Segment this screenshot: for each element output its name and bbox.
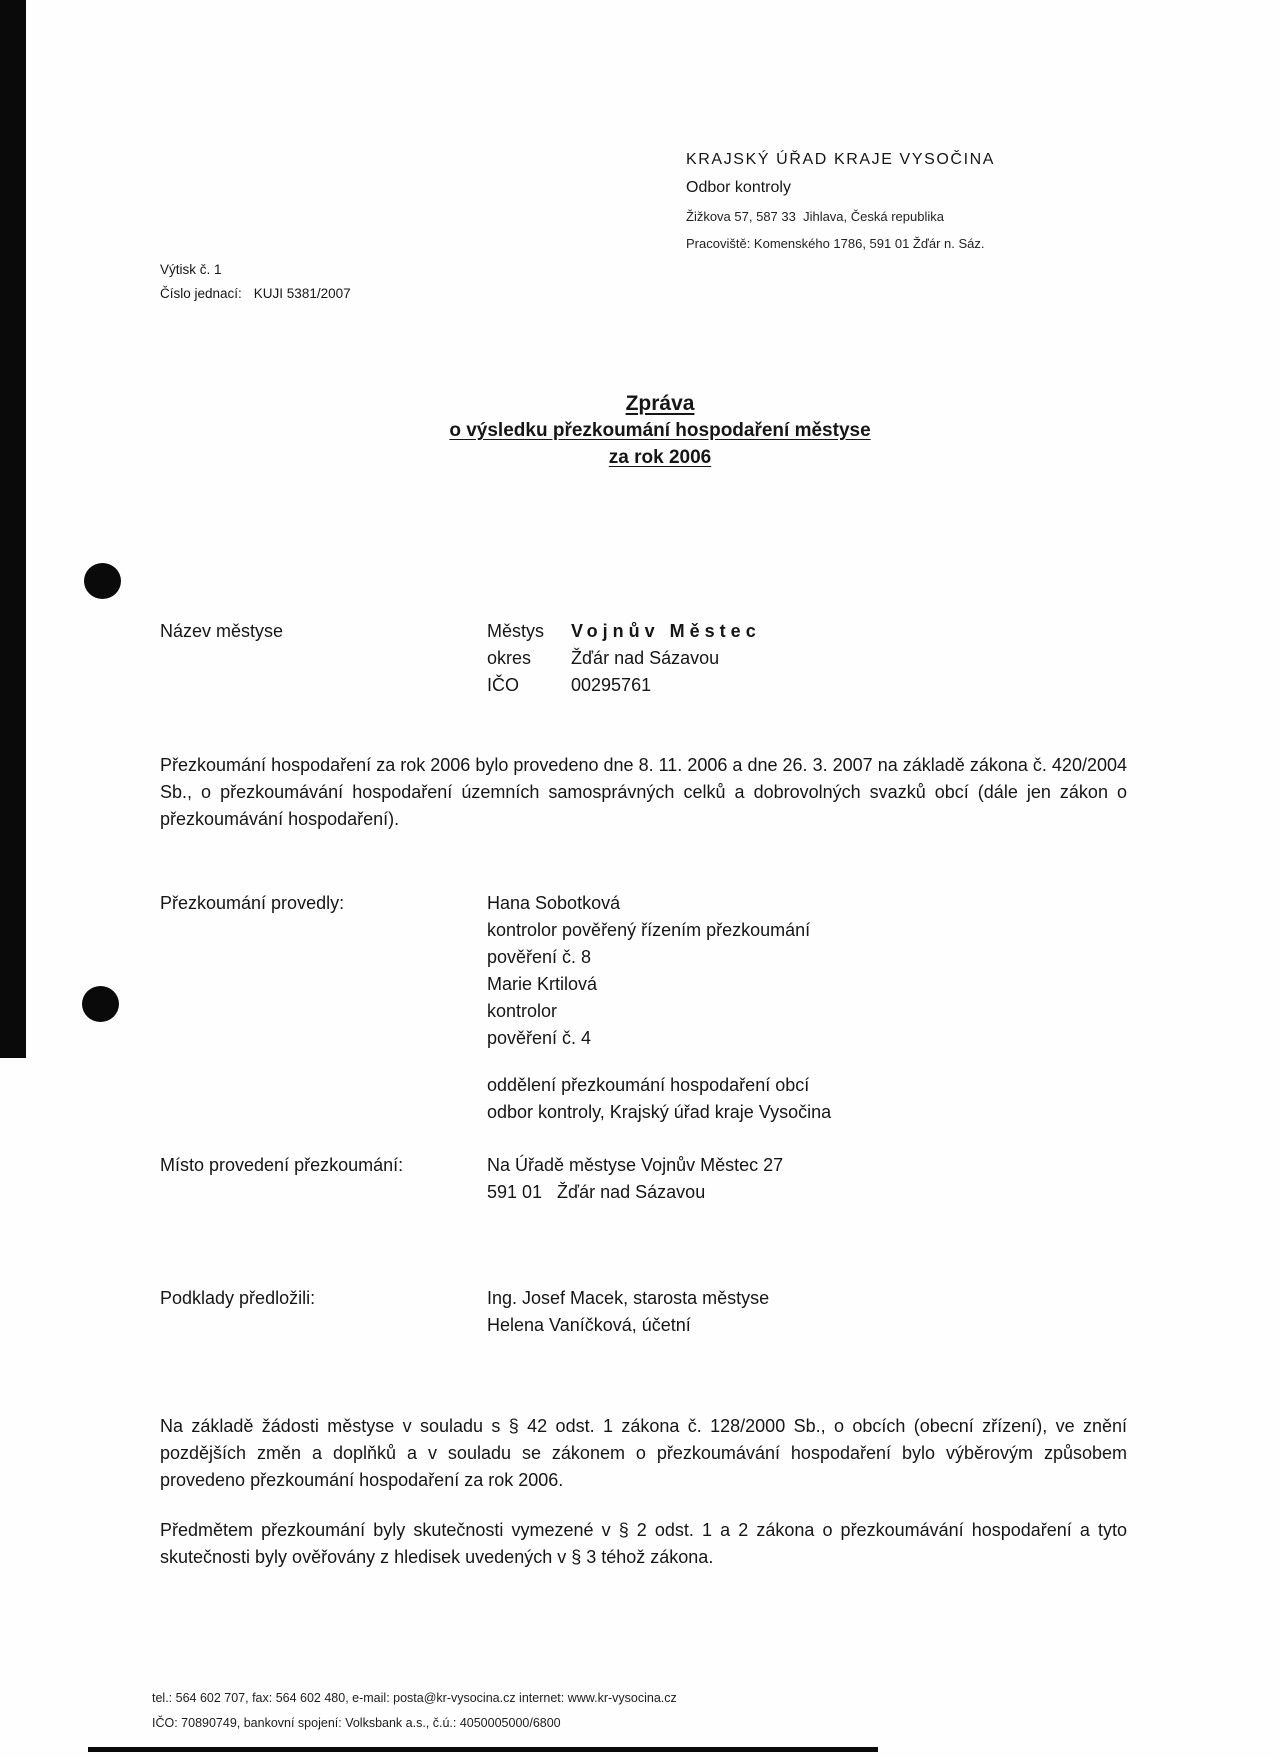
reference-number-label: Číslo jednací: — [160, 286, 242, 301]
office-address: Žižkova 57, 587 33 Jihlava, Česká republ… — [686, 209, 1256, 225]
district-name: Žďár nad Sázavou — [571, 645, 719, 672]
reviewers-label: Přezkoumání provedly: — [160, 890, 344, 917]
scan-edge-bar — [0, 0, 26, 1058]
subject-row-okres: okres Žďár nad Sázavou — [487, 645, 761, 672]
subject-row-ico: IČO 00295761 — [487, 672, 761, 699]
place-line: Na Úřadě městyse Vojnův Městec 27 — [487, 1152, 783, 1179]
reviewer-line: kontrolor pověřený řízením přezkoumání — [487, 917, 810, 944]
reviewer-line: Marie Krtilová — [487, 971, 810, 998]
documents-lines: Ing. Josef Macek, starosta městyse Helen… — [487, 1285, 769, 1339]
reviewing-unit: oddělení přezkoumání hospodaření obcí od… — [487, 1072, 831, 1126]
legal-basis-paragraph: Na základě žádosti městyse v souladu s §… — [160, 1413, 1127, 1494]
scanned-document-page: KRAJSKÝ ÚŘAD KRAJE VYSOČINA Odbor kontro… — [0, 0, 1279, 1758]
footer-contact: tel.: 564 602 707, fax: 564 602 480, e-m… — [152, 1690, 677, 1740]
title-line-3: za rok 2006 — [250, 444, 1070, 471]
unit-line: odbor kontroly, Krajský úřad kraje Vysoč… — [487, 1099, 831, 1126]
scan-bottom-line — [88, 1747, 878, 1752]
punch-hole-mark — [82, 986, 119, 1022]
ico-number: 00295761 — [571, 672, 651, 699]
reviewers-list: Hana Sobotková kontrolor pověřený řízení… — [487, 890, 810, 1052]
documents-label: Podklady předložili: — [160, 1285, 315, 1312]
reviewer-line: pověření č. 8 — [487, 944, 810, 971]
title-line-1: Zpráva — [250, 390, 1070, 417]
document-meta: Výtisk č. 1 Číslo jednací:KUJI 5381/2007 — [160, 262, 351, 310]
reviewer-line: kontrolor — [487, 998, 810, 1025]
place-line: 591 01 Žďár nad Sázavou — [487, 1179, 783, 1206]
reference-number: KUJI 5381/2007 — [254, 286, 351, 301]
document-title: Zpráva o výsledku přezkoumání hospodařen… — [250, 390, 1070, 471]
office-workplace: Pracoviště: Komenského 1786, 591 01 Žďár… — [686, 236, 1256, 252]
copy-number: Výtisk č. 1 — [160, 262, 351, 278]
issuing-office-header: KRAJSKÝ ÚŘAD KRAJE VYSOČINA Odbor kontro… — [686, 150, 1256, 252]
documents-line: Helena Vaníčková, účetní — [487, 1312, 769, 1339]
reference-number-row: Číslo jednací:KUJI 5381/2007 — [160, 286, 351, 302]
footer-bank-line: IČO: 70890749, bankovní spojení: Volksba… — [152, 1715, 677, 1731]
office-name: KRAJSKÝ ÚŘAD KRAJE VYSOČINA — [686, 150, 1256, 170]
reviewer-line: Hana Sobotková — [487, 890, 810, 917]
punch-hole-mark — [84, 563, 121, 599]
municipality-name: Vojnův Městec — [571, 618, 761, 645]
reviewer-line: pověření č. 4 — [487, 1025, 810, 1052]
unit-line: oddělení přezkoumání hospodaření obcí — [487, 1072, 831, 1099]
subject-row-mestys: Městys Vojnův Městec — [487, 618, 761, 645]
subject-key: Městys — [487, 618, 571, 645]
scope-paragraph: Předmětem přezkoumání byly skutečnosti v… — [160, 1517, 1127, 1571]
subject-key: IČO — [487, 672, 571, 699]
office-department: Odbor kontroly — [686, 178, 1256, 198]
place-label: Místo provedení přezkoumání: — [160, 1152, 403, 1179]
subject-key: okres — [487, 645, 571, 672]
footer-contact-line: tel.: 564 602 707, fax: 564 602 480, e-m… — [152, 1690, 677, 1706]
documents-line: Ing. Josef Macek, starosta městyse — [487, 1285, 769, 1312]
place-lines: Na Úřadě městyse Vojnův Městec 27 591 01… — [487, 1152, 783, 1206]
title-line-2: o výsledku přezkoumání hospodaření městy… — [250, 417, 1070, 444]
intro-paragraph: Přezkoumání hospodaření za rok 2006 bylo… — [160, 752, 1127, 833]
subject-label: Název městyse — [160, 618, 283, 645]
subject-table: Městys Vojnův Městec okres Žďár nad Sáza… — [487, 618, 761, 699]
